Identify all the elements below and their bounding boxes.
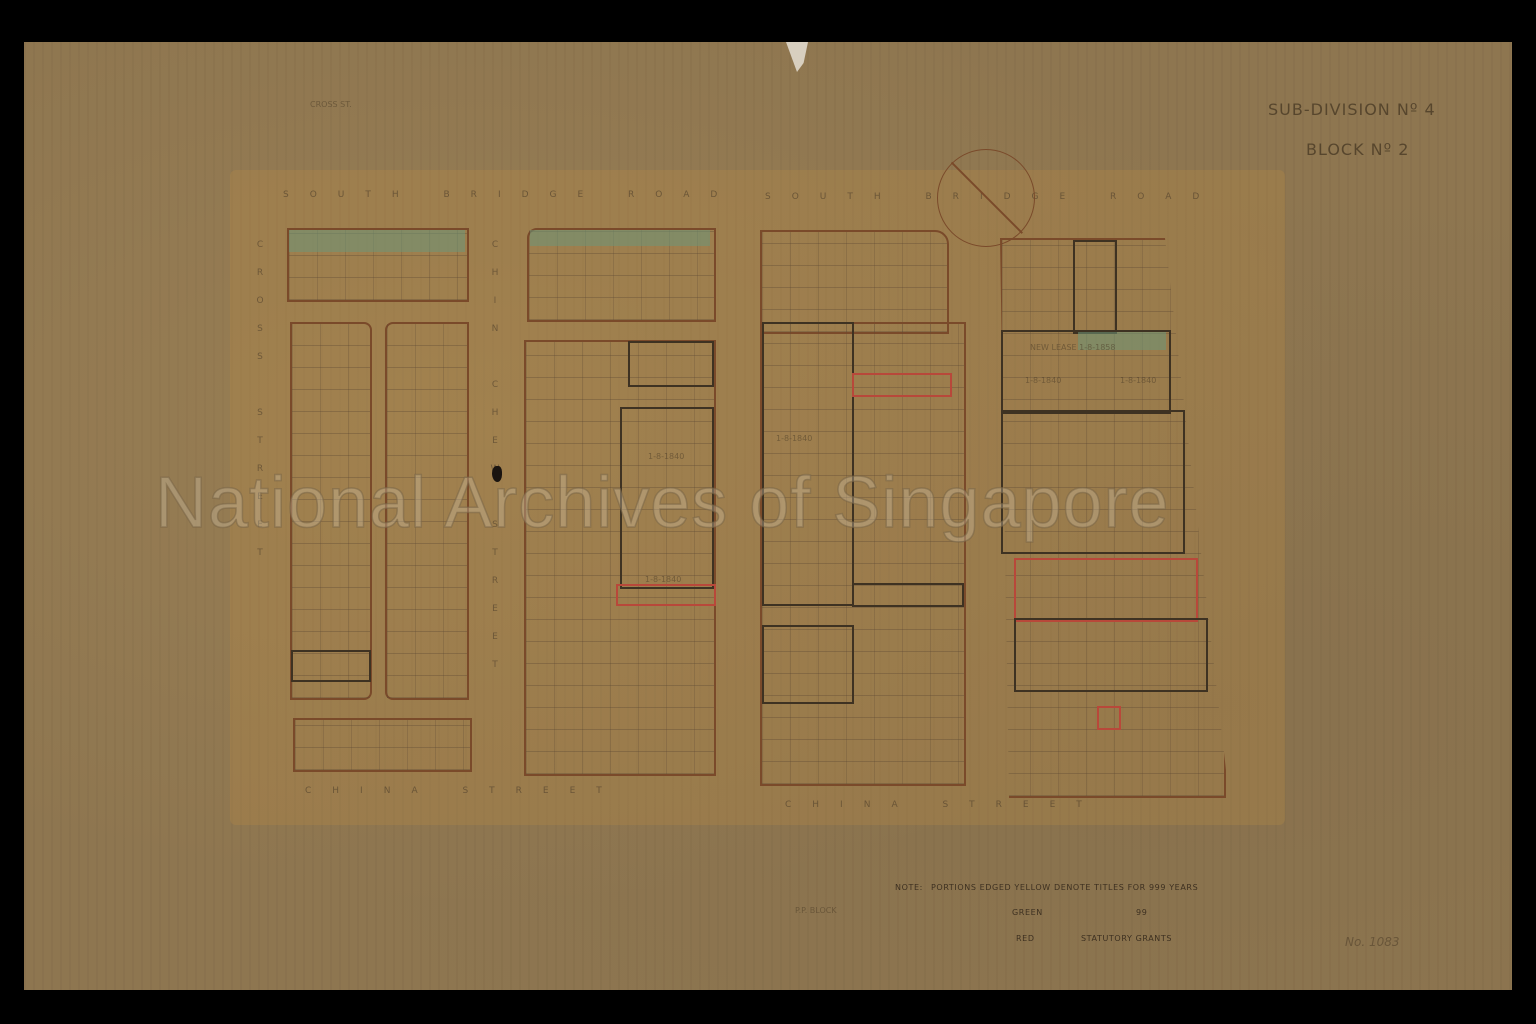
archive-watermark: National Archives of Singapore	[155, 462, 1170, 544]
lot-label: NEW LEASE 1-8-1858	[1030, 343, 1115, 352]
road-south-bridge-left: SOUTH BRIDGE ROAD	[283, 190, 738, 200]
dark-edged-lot	[852, 583, 964, 607]
dark-edged-lot	[1073, 240, 1117, 334]
roundabout-circle	[937, 149, 1035, 247]
block-1-bottom	[293, 718, 472, 772]
legend-red-value: STATUTORY GRANTS	[1081, 934, 1172, 943]
legend-note-label: NOTE:	[895, 883, 923, 892]
subdivision-title: SUB-DIVISION Nº 4	[1268, 100, 1436, 119]
legend-line-yellow: PORTIONS EDGED YELLOW DENOTE TITLES FOR …	[931, 883, 1198, 892]
road-china-street-left: CHINA STREET	[305, 786, 623, 796]
green-edged-strip	[289, 230, 465, 252]
dark-edged-lot	[762, 625, 854, 704]
red-edged-lot	[852, 373, 952, 397]
block-3-top	[760, 230, 949, 334]
lot-label: 1-8-1840	[645, 575, 681, 584]
archive-reference: No. 1083	[1345, 935, 1400, 949]
dark-edged-lot	[1014, 618, 1208, 692]
red-edged-lot	[1097, 706, 1121, 730]
lot-label: 1-8-1840	[776, 434, 812, 443]
green-edged-strip	[530, 230, 710, 246]
dark-edged-lot	[291, 650, 371, 682]
red-edged-lot	[1014, 558, 1198, 622]
lot-label: 1-8-1840	[1025, 376, 1061, 385]
block-title: BLOCK Nº 2	[1306, 140, 1409, 159]
faint-top-label: CROSS ST.	[310, 100, 352, 109]
dark-edged-lot	[628, 341, 714, 387]
red-edged-lot	[616, 584, 716, 606]
pp-block-label: P.P. BLOCK	[795, 906, 837, 915]
lot-label: 1-8-1840	[1120, 376, 1156, 385]
road-china-street-right: CHINA STREET	[785, 800, 1103, 810]
lot-label: 1-8-1840	[648, 452, 684, 461]
legend-red-label: RED	[1016, 934, 1035, 943]
legend-green-value: 99	[1136, 908, 1147, 917]
legend-green-label: GREEN	[1012, 908, 1043, 917]
